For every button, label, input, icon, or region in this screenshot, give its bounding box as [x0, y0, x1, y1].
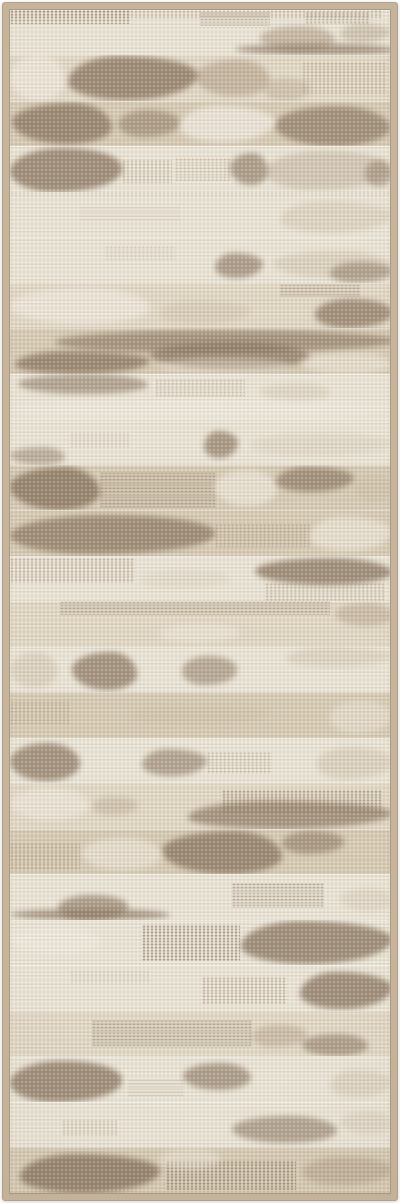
rug-pattern-blob [80, 206, 180, 222]
rug-pattern-blob [118, 110, 180, 137]
rug-pattern-blob [330, 262, 390, 283]
rug-band-20 [10, 874, 390, 921]
rug-band-14 [10, 601, 390, 648]
rug-pattern-blob [142, 925, 240, 961]
rug-pattern-blob [315, 299, 390, 328]
rug-pattern-blob [195, 60, 270, 97]
rug-pattern-blob [215, 253, 263, 278]
rug-band-9 [10, 374, 390, 420]
rug-pattern-blob [250, 433, 390, 456]
rug-pattern-blob [70, 433, 130, 447]
rug-pattern-blob [12, 103, 112, 144]
rug-pattern-blob [302, 1034, 368, 1057]
rug-pattern-blob [60, 601, 330, 615]
rug-pattern-blob [162, 831, 282, 874]
rug-pattern-blob [10, 148, 122, 192]
rug-pattern-blob [340, 1111, 390, 1134]
rug-pattern-blob [282, 831, 344, 854]
rug-band-26 [10, 1147, 390, 1193]
rug-pattern-blob [260, 383, 330, 401]
rug-pattern-blob [10, 10, 130, 24]
rug-pattern-blob [10, 192, 390, 196]
rug-pattern-blob [275, 106, 390, 147]
rug-pattern-blob [230, 153, 268, 185]
rug-pattern-blob [10, 652, 58, 688]
rug-pattern-blob [276, 467, 354, 492]
rug-pattern-blob [142, 749, 207, 776]
rug-pattern-blob [20, 1154, 160, 1192]
rug-pattern-blob [340, 24, 390, 42]
rug-pattern-blob [100, 472, 215, 508]
rug-pattern-blob [183, 1063, 251, 1091]
rug-band-12 [10, 510, 390, 557]
rug-pattern-blob [335, 603, 390, 626]
rug-pattern-blob [92, 1020, 252, 1047]
rug-pattern-blob [10, 743, 80, 781]
rug-pattern-blob [302, 1157, 390, 1186]
rug-band-5 [10, 192, 390, 238]
rug-band-19 [10, 829, 390, 875]
rug-pattern-blob [202, 977, 287, 1005]
rug-pattern-blob [215, 470, 277, 506]
rug-band-3 [10, 101, 390, 147]
rug-pattern-blob [105, 246, 175, 260]
rug-pattern-blob [232, 883, 324, 908]
rug-band-11 [10, 465, 390, 511]
rug-band-22 [10, 965, 390, 1012]
rug-band-23 [10, 1011, 390, 1057]
rug-product-photo [0, 0, 400, 1203]
rug-pattern-blob [10, 929, 100, 952]
rug-band-7 [10, 283, 390, 329]
rug-band-10 [10, 419, 390, 466]
rug-pattern-blob [180, 106, 275, 142]
rug-pattern-blob [70, 970, 150, 984]
rug-pattern-blob [160, 624, 240, 642]
rug-pattern-blob [18, 374, 148, 394]
rug-pattern-blob [241, 921, 390, 964]
rug-pattern-blob [10, 1061, 122, 1102]
rug-pattern-blob [160, 301, 250, 324]
rug-field [10, 10, 390, 1193]
rug-pattern-blob [10, 558, 135, 583]
rug [2, 2, 398, 1201]
rug-pattern-blob [305, 12, 370, 23]
rug-pattern-blob [122, 160, 172, 183]
rug-band-1 [10, 10, 390, 56]
rug-band-16 [10, 692, 390, 739]
rug-pattern-blob [10, 447, 65, 465]
rug-band-15 [10, 647, 390, 693]
rug-pattern-blob [130, 706, 270, 724]
rug-pattern-blob [286, 647, 390, 667]
rug-band-13 [10, 556, 390, 602]
rug-pattern-blob [340, 888, 390, 911]
rug-pattern-blob [82, 838, 162, 870]
rug-pattern-blob [10, 288, 150, 324]
rug-pattern-blob [255, 558, 390, 585]
rug-pattern-blob [300, 353, 390, 374]
rug-pattern-blob [354, 474, 390, 501]
rug-pattern-blob [204, 431, 238, 459]
rug-pattern-blob [10, 909, 170, 921]
rug-pattern-blob [280, 201, 390, 233]
rug-pattern-blob [252, 1025, 307, 1048]
rug-pattern-blob [235, 44, 390, 55]
rug-band-8 [10, 328, 390, 375]
rug-pattern-blob [10, 843, 80, 870]
rug-band-25 [10, 1102, 390, 1148]
rug-pattern-blob [232, 1116, 337, 1143]
rug-pattern-blob [316, 747, 390, 779]
rug-pattern-blob [365, 160, 390, 188]
rug-band-18 [10, 783, 390, 830]
rug-pattern-blob [182, 656, 237, 685]
rug-pattern-blob [330, 701, 390, 733]
rug-pattern-blob [10, 515, 215, 554]
rug-band-4 [10, 146, 390, 193]
rug-pattern-blob [155, 379, 245, 397]
rug-pattern-blob [215, 524, 310, 547]
rug-pattern-blob [92, 797, 138, 815]
rug-pattern-blob [310, 517, 390, 552]
rug-pattern-blob [175, 158, 230, 181]
rug-pattern-blob [15, 351, 150, 374]
rug-pattern-blob [10, 467, 100, 510]
rug-pattern-blob [265, 583, 385, 601]
rug-pattern-blob [300, 972, 390, 1009]
rug-band-6 [10, 237, 390, 284]
rug-pattern-blob [265, 78, 310, 101]
rug-pattern-blob [10, 55, 65, 101]
rug-pattern-blob [160, 1149, 220, 1168]
rug-pattern-blob [160, 358, 290, 374]
rug-pattern-blob [10, 701, 70, 724]
rug-band-17 [10, 738, 390, 784]
rug-band-2 [10, 55, 390, 102]
rug-pattern-blob [62, 1120, 117, 1136]
rug-pattern-blob [302, 62, 387, 94]
rug-pattern-blob [68, 56, 198, 100]
rug-pattern-blob [128, 1079, 183, 1097]
rug-pattern-blob [10, 399, 390, 419]
rug-pattern-blob [280, 284, 360, 298]
rug-pattern-blob [10, 788, 90, 820]
rug-pattern-blob [207, 752, 272, 775]
rug-pattern-blob [72, 652, 137, 690]
rug-band-24 [10, 1056, 390, 1103]
rug-pattern-blob [200, 12, 270, 26]
rug-pattern-blob [330, 1070, 390, 1098]
rug-pattern-blob [140, 570, 230, 588]
rug-pattern-blob [222, 790, 382, 813]
rug-band-21 [10, 920, 390, 966]
